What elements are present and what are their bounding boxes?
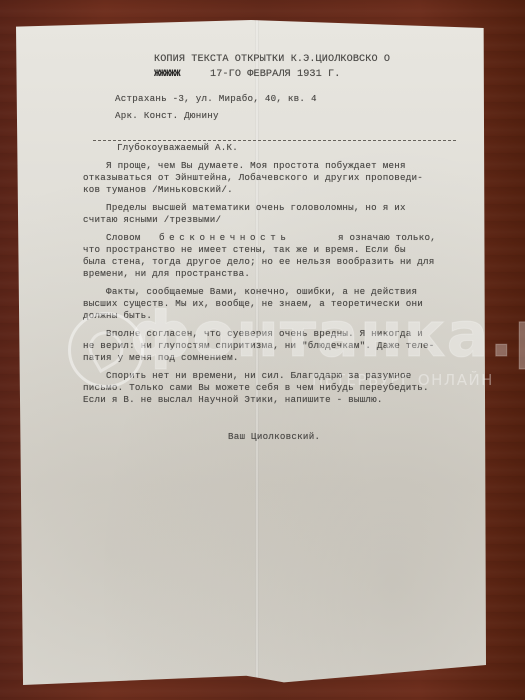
body-line: Факты, сообщаемые Вами, конечно, ошибки,… [83,286,417,297]
document-heading-date: 17-ГО ФЕВРАЛЯ 1931 Г. [210,69,340,80]
body-line: высших существ. Мы их, вообще, не знаем,… [83,298,423,309]
salutation: Глубокоуважаемый А.К. [117,142,238,153]
body-line: Вполне согласен, что суеверия очень вред… [83,328,423,339]
body-line: времени, ни для пространства. [83,268,250,279]
address-line-2: Арк. Конст. Дюнину [115,110,219,121]
dashed-separator [93,140,456,141]
address-line-1: Астрахань -3, ул. Мирабо, 40, кв. 4 [115,93,317,104]
body-line: Пределы высшей математики очень головоло… [83,202,406,213]
body-line: отказываться от Эйнштейна, Лобачевского … [83,172,423,183]
signature: Ваш Циолковский. [228,431,320,442]
body-line: была стена, тогда другое дело; но ее нел… [83,256,435,267]
body-line-tail: я означаю только, [338,232,436,243]
body-line: патия у меня под сомнением. [83,352,239,363]
body-line: ков туманов /Миньковский/. [83,184,233,195]
body-line: Словом [83,232,141,243]
spaced-word-infinity: бесконечность [159,232,290,243]
paper-fold-crease [255,20,259,685]
body-line: Спорить нет ни времени, ни сил. Благодар… [83,370,412,381]
body-line: письмо. Только сами Вы можете себя в чем… [83,382,429,393]
body-line: Если я В. не выслал Научной Этики, напиш… [83,394,383,405]
struck-out-word: ЖЖЖЖЖ [154,69,180,80]
body-line: должны быть. [83,310,152,321]
body-line: что пространство не имеет стены, так же … [83,244,406,255]
body-line: не верил: ни глупостям спиритизма, ни "б… [83,340,435,351]
document-heading-line1: КОПИЯ ТЕКСТА ОТКРЫТКИ К.Э.ЦИОЛКОВСКО О [154,54,390,65]
body-line: считаю ясными /трезвыми/ [83,214,221,225]
body-line: Я проще, чем Вы думаете. Моя простота по… [83,160,406,171]
